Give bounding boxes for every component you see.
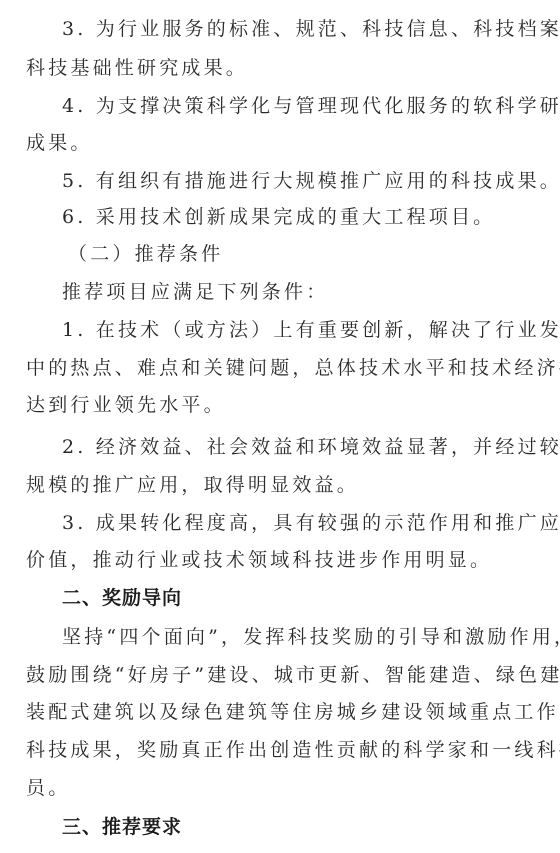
list-item-3-line-2: 科技基础性研究成果。 [26,49,530,87]
orientation-line-5: 员。 [26,769,530,807]
condition-2-line-1: 2. 经济效益、社会效益和环境效益显著，并经过较大 [62,428,530,466]
list-item-4-line-1: 4. 为支撑决策科学化与管理现代化服务的软科学研究 [62,87,530,125]
list-item-4-line-2: 成果。 [26,124,530,162]
orientation-line-3: 装配式建筑以及绿色建筑等住房城乡建设领域重点工作的 [26,693,530,731]
orientation-line-1: 坚持“四个面向”，发挥科技奖励的引导和激励作用， [62,618,530,656]
condition-1-line-3: 达到行业领先水平。 [26,386,530,424]
list-item-3-line-1: 3. 为行业服务的标准、规范、科技信息、科技档案等 [62,10,530,48]
document-page: 3. 为行业服务的标准、规范、科技信息、科技档案等 科技基础性研究成果。 4. … [0,0,560,853]
condition-1-line-2: 中的热点、难点和关键问题，总体技术水平和技术经济指标 [26,349,530,387]
condition-2-line-2: 规模的推广应用，取得明显效益。 [26,466,530,504]
section-heading-recommend-requirements: 三、推荐要求 [62,808,530,846]
condition-3-line-2: 价值，推动行业或技术领域科技进步作用明显。 [26,541,530,579]
orientation-line-4: 科技成果，奖励真正作出创造性贡献的科学家和一线科技人 [26,731,530,769]
subsection-heading-recommend-conditions: （二）推荐条件 [68,235,560,273]
list-item-6: 6. 采用技术创新成果完成的重大工程项目。 [62,198,530,236]
orientation-line-2: 鼓励围绕“好房子”建设、城市更新、智能建造、绿色建造、 [26,656,530,694]
condition-3-line-1: 3. 成果转化程度高，具有较强的示范作用和推广应用 [62,504,530,542]
condition-1-line-1: 1. 在技术（或方法）上有重要创新，解决了行业发展 [62,311,530,349]
section-heading-award-orientation: 二、奖励导向 [62,579,530,617]
list-item-5: 5. 有组织有措施进行大规模推广应用的科技成果。 [62,162,530,200]
paragraph-conditions-intro: 推荐项目应满足下列条件： [62,273,530,311]
